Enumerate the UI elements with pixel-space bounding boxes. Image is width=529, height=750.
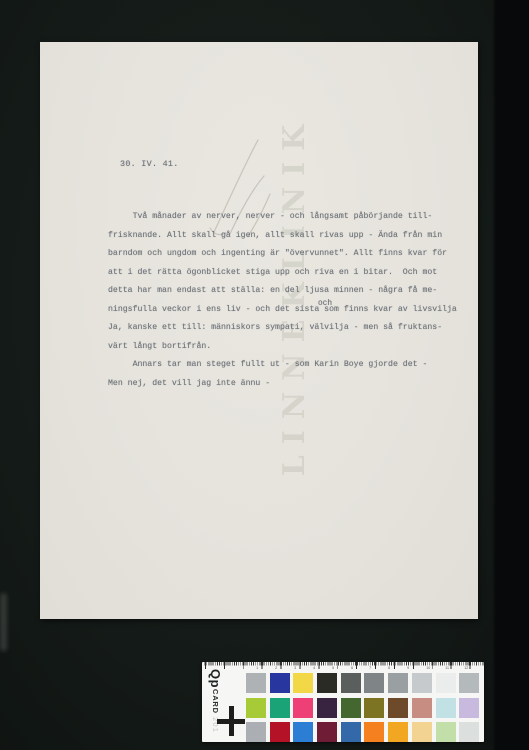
typed-line: frisknande. Allt skall gå igen, allt ska… bbox=[108, 227, 457, 246]
color-patch bbox=[412, 698, 432, 718]
qpcard-color-reference: 123456789101112 QpCARD201 bbox=[202, 662, 484, 742]
color-patch bbox=[364, 722, 384, 742]
typed-line: detta har man endast att ställa: en del … bbox=[108, 282, 457, 301]
typed-line: barndom och ungdom och ingenting är "öve… bbox=[108, 245, 457, 264]
color-patch bbox=[459, 673, 479, 693]
mount-smudge bbox=[0, 593, 7, 651]
interline-insertion: och bbox=[318, 300, 332, 308]
color-patch bbox=[436, 722, 456, 742]
typed-line: värt långt bortifrån. bbox=[108, 338, 457, 357]
color-patch bbox=[436, 698, 456, 718]
qpcard-ruler bbox=[202, 662, 484, 671]
archival-scan: { "document": { "date": "30. IV. 41.", "… bbox=[0, 0, 529, 750]
color-patch bbox=[364, 673, 384, 693]
typed-line: Två månader av nerver, nerver - och lång… bbox=[108, 208, 457, 227]
color-patch bbox=[317, 673, 337, 693]
typed-line: ningsfulla veckor i ens liv - och det si… bbox=[108, 301, 457, 320]
typed-body: Två månader av nerver, nerver - och lång… bbox=[108, 208, 457, 393]
color-patch-grid bbox=[246, 673, 479, 742]
color-patch bbox=[388, 698, 408, 718]
letter-paper: LINNEKLINIK 30. IV. 41. Två månader av n… bbox=[40, 42, 478, 619]
color-patch bbox=[246, 698, 266, 718]
ruler-label: 11 bbox=[445, 666, 449, 670]
color-patch bbox=[436, 673, 456, 693]
ruler-label: 8 bbox=[388, 666, 390, 670]
color-patch bbox=[317, 722, 337, 742]
color-patch bbox=[412, 722, 432, 742]
ruler-label: 3 bbox=[294, 666, 296, 670]
color-patch bbox=[459, 698, 479, 718]
ruler-label: 9 bbox=[407, 666, 409, 670]
ruler-label: 1 bbox=[256, 666, 258, 670]
color-patch bbox=[293, 698, 313, 718]
color-patch bbox=[364, 698, 384, 718]
color-patch bbox=[246, 673, 266, 693]
color-patch bbox=[341, 673, 361, 693]
typed-line: Annars tar man steget fullt ut - som Kar… bbox=[108, 356, 457, 375]
color-patch bbox=[317, 698, 337, 718]
ruler-label: 4 bbox=[313, 666, 315, 670]
typed-line: att i det rätta ögonblicket stiga upp oc… bbox=[108, 264, 457, 283]
color-patch bbox=[246, 722, 266, 742]
color-patch bbox=[270, 698, 290, 718]
color-patch bbox=[270, 673, 290, 693]
registration-cross-icon bbox=[217, 706, 245, 736]
color-patch bbox=[293, 673, 313, 693]
color-patch bbox=[388, 673, 408, 693]
color-patch bbox=[270, 722, 290, 742]
color-patch bbox=[459, 722, 479, 742]
color-patch bbox=[412, 673, 432, 693]
ruler-label: 5 bbox=[332, 666, 334, 670]
typed-line: Ja, kanske ett till: människors sympati,… bbox=[108, 319, 457, 338]
color-patch bbox=[388, 722, 408, 742]
typed-line: Men nej, det vill jag inte ännu - bbox=[108, 375, 457, 394]
color-patch bbox=[293, 722, 313, 742]
ruler-label: 10 bbox=[426, 666, 430, 670]
typed-date: 30. IV. 41. bbox=[120, 159, 179, 169]
ruler-label: 6 bbox=[351, 666, 353, 670]
qpcard-logo-q: Qp bbox=[208, 669, 223, 688]
color-patch bbox=[341, 722, 361, 742]
ruler-label: 12 bbox=[464, 666, 468, 670]
color-patch bbox=[341, 698, 361, 718]
ruler-label: 2 bbox=[275, 666, 277, 670]
